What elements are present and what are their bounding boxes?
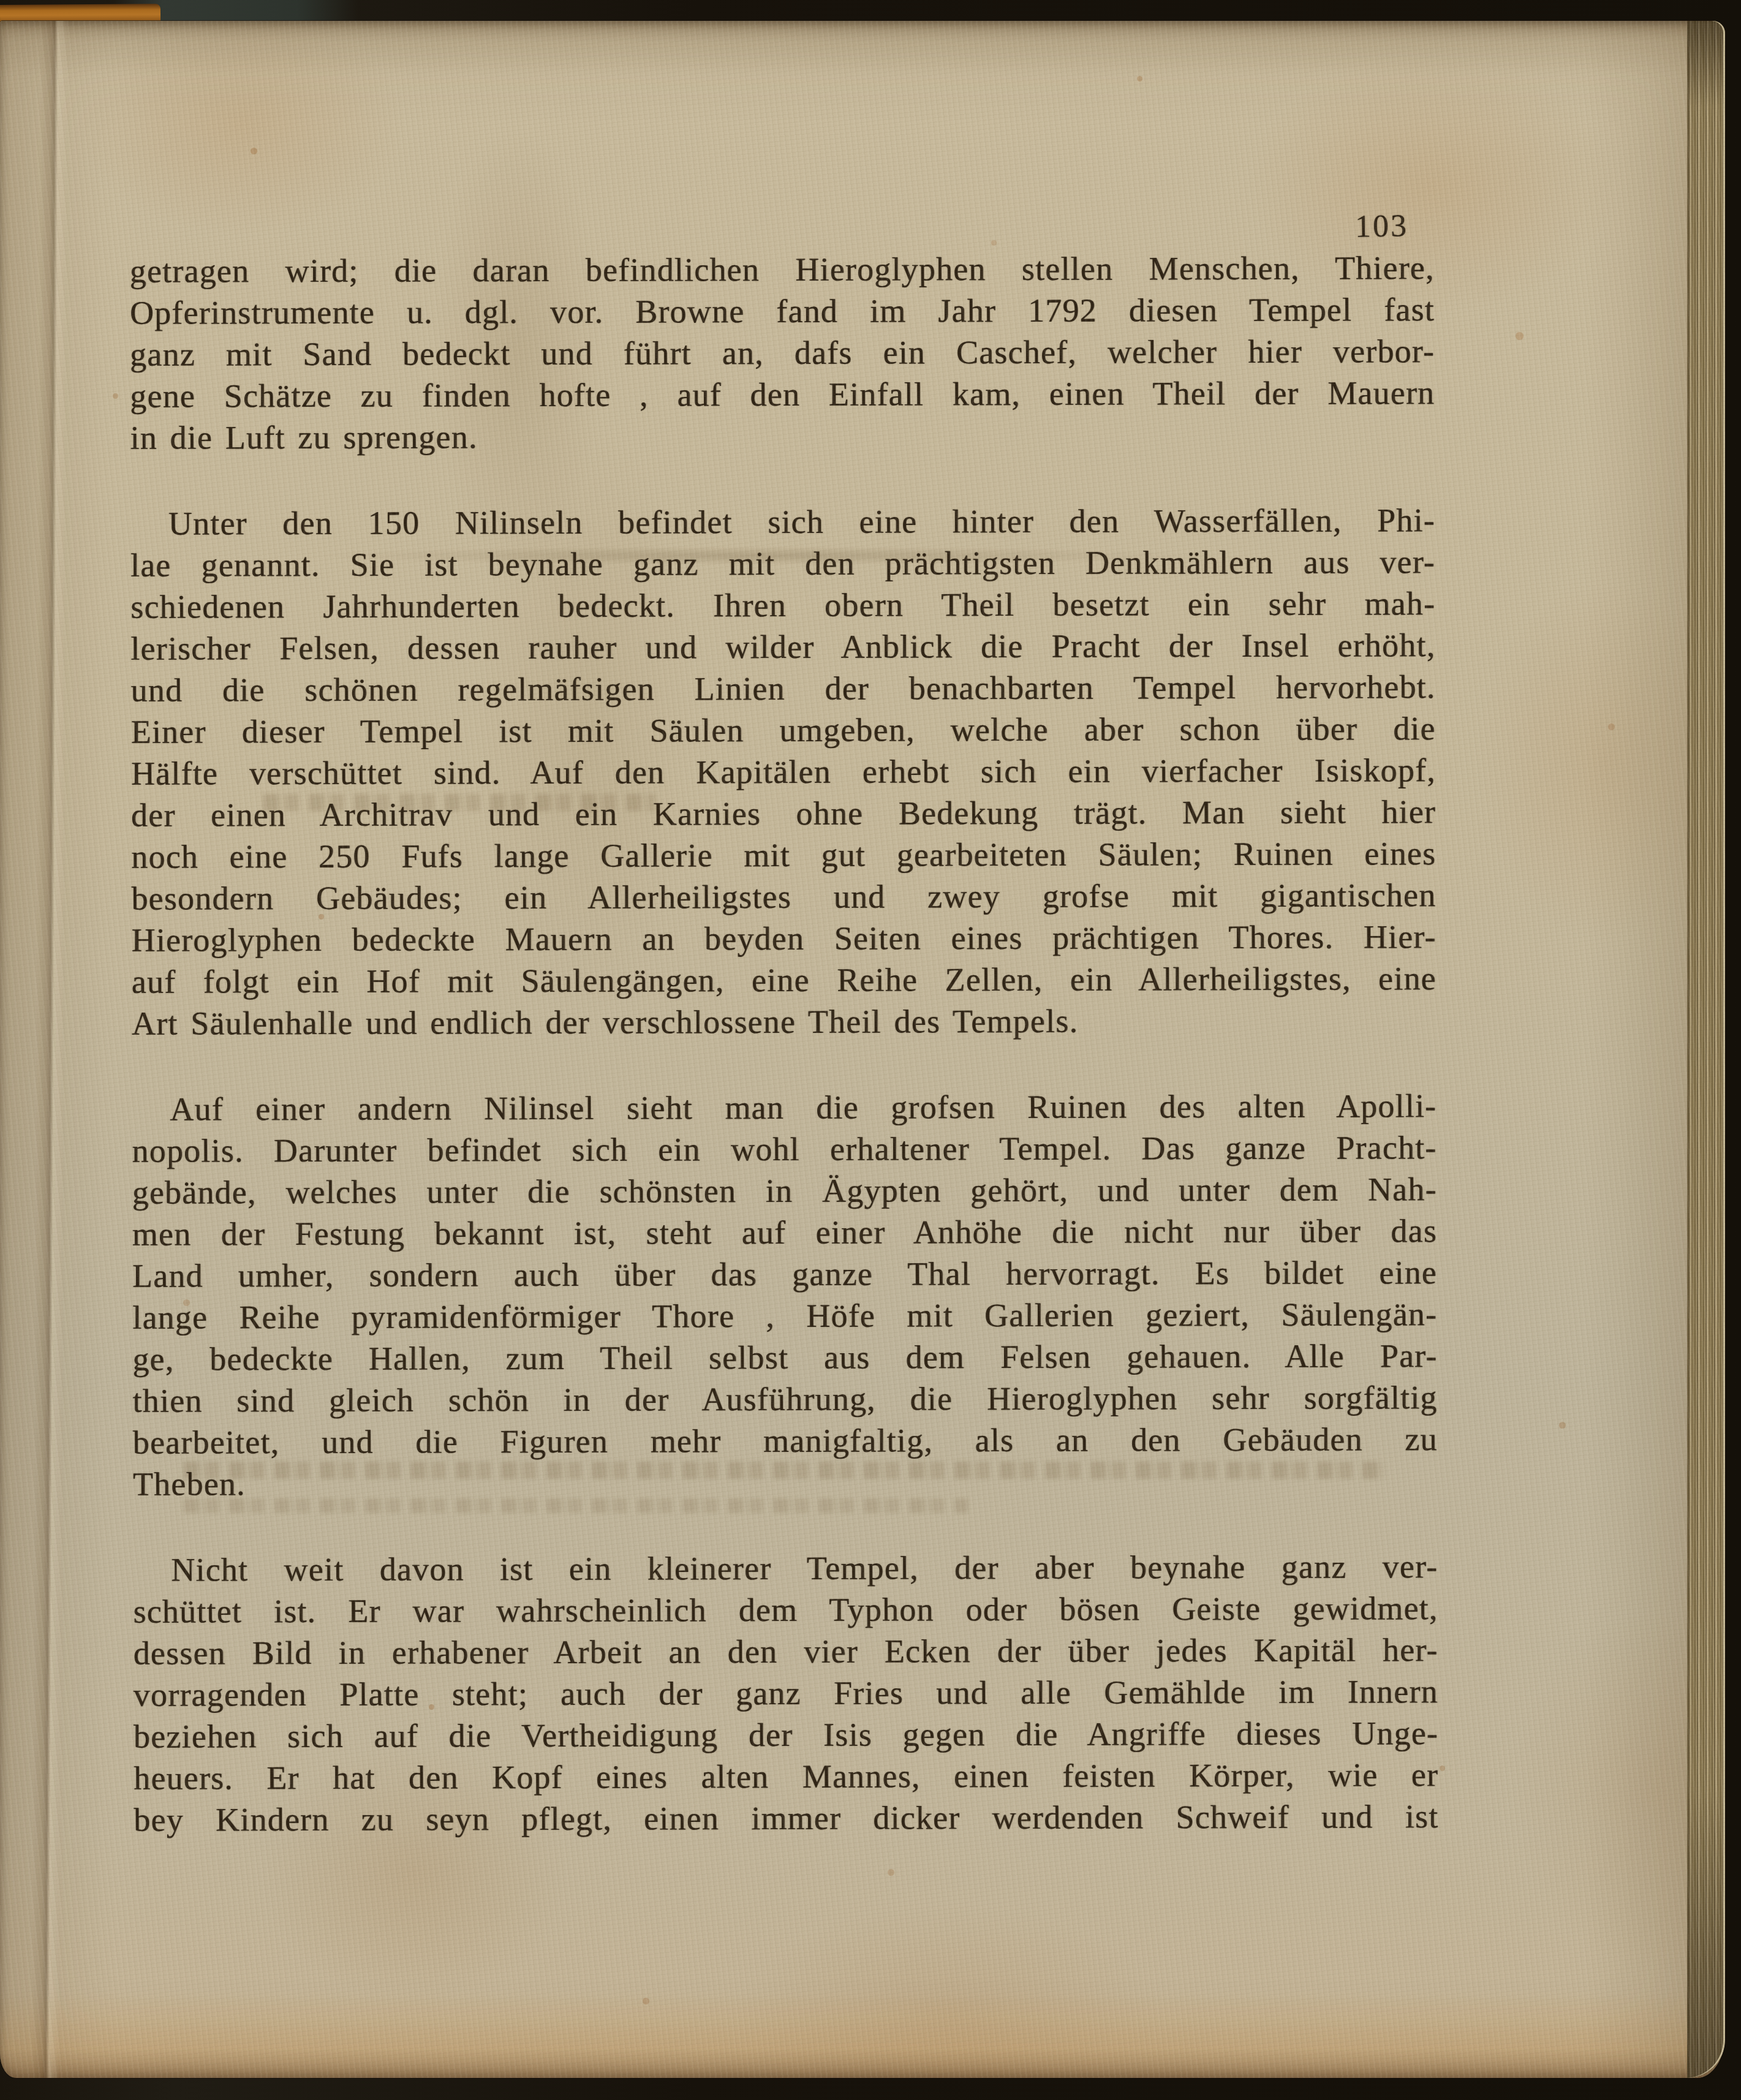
text-line: Einer dieser Tempel ist mit Säulen umgeb… [131, 708, 1436, 753]
page-number: 103 [1354, 208, 1408, 245]
text-line: nopolis. Darunter befindet sich ein wohl… [132, 1127, 1437, 1172]
text-line: bey Kindern zu seyn pflegt, einen immer … [134, 1796, 1438, 1841]
text-line: der einen Architrav und ein Karnies ohne… [131, 791, 1436, 836]
book-page: 103 getragen wird; die daran befindliche… [0, 21, 1725, 2078]
text-line: lerischer Felsen, dessen rauher und wild… [130, 624, 1435, 670]
text-line: vorragenden Platte steht; auch der ganz … [134, 1671, 1438, 1716]
gutter-crease [31, 21, 69, 2078]
foxing-specks [0, 21, 3, 24]
text-line: ge, bedeckte Hallen, zum Theil selbst au… [132, 1335, 1437, 1380]
text-line: lange Reihe pyramidenförmiger Thore , Hö… [132, 1293, 1437, 1339]
page-fore-edges [1687, 21, 1725, 2078]
text-line: Nicht weit davon ist ein kleinerer Tempe… [133, 1546, 1438, 1591]
text-line: bearbeitet, und die Figuren mehr manigfa… [133, 1418, 1438, 1464]
text-line: Opferinstrumente u. dgl. vor. Browne fan… [130, 289, 1435, 334]
text-line: Auf einer andern Nilinsel sieht man die … [132, 1085, 1437, 1130]
text-line: Hälfte verschüttet sind. Auf den Kapitäl… [131, 749, 1436, 795]
text-line: in die Luft zu sprengen. [130, 414, 1435, 459]
text-line: besondern Gebäudes; ein Allerheiligstes … [131, 874, 1436, 920]
text-line: lae genannt. Sie ist beynahe ganz mit de… [130, 541, 1435, 586]
text-line: men der Festung bekannt ist, steht auf e… [132, 1210, 1437, 1255]
text-line: beziehen sich auf die Vertheidigung der … [134, 1712, 1438, 1758]
text-line: gebände, welches unter die schönsten in … [132, 1168, 1437, 1214]
page-text: getragen wird; die daran befindlichen Hi… [130, 247, 1439, 1841]
text-line: thien sind gleich schön in der Ausführun… [132, 1377, 1437, 1422]
text-line: schiedenen Jahrhunderten bedeckt. Ihren … [130, 583, 1435, 628]
paragraph: Unter den 150 Nilinseln befindet sich ei… [130, 499, 1437, 1044]
text-line: Hieroglyphen bedeckte Mauern an beyden S… [131, 916, 1436, 961]
text-line: noch eine 250 Fufs lange Gallerie mit gu… [131, 833, 1436, 878]
text-line: ganz mit Sand bedeckt und führt an, dafs… [130, 330, 1435, 376]
text-line: Theben. [133, 1460, 1438, 1505]
book-scan: 103 getragen wird; die daran befindliche… [0, 0, 1741, 2100]
text-line: Unter den 150 Nilinseln befindet sich ei… [130, 499, 1435, 545]
text-line: gene Schätze zu finden hofte , auf den E… [130, 372, 1435, 417]
text-line: dessen Bild in erhabener Arbeit an den v… [134, 1629, 1438, 1674]
paragraph: getragen wird; die daran befindlichen Hi… [130, 247, 1435, 459]
text-line: und die schönen regelmäfsigen Linien der… [130, 666, 1435, 711]
text-line: heuers. Er hat den Kopf eines alten Mann… [134, 1754, 1438, 1799]
text-line: Land umher, sondern auch über das ganze … [132, 1252, 1437, 1297]
text-line: Art Säulenhalle und endlich der verschlo… [132, 999, 1437, 1044]
text-line: schüttet ist. Er war wahrscheinlich dem … [133, 1587, 1438, 1633]
paragraph: Nicht weit davon ist ein kleinerer Tempe… [133, 1546, 1438, 1841]
text-line: getragen wird; die daran befindlichen Hi… [130, 247, 1435, 292]
paragraph: Auf einer andern Nilinsel sieht man die … [132, 1085, 1438, 1505]
text-line: auf folgt ein Hof mit Säulengängen, eine… [132, 957, 1437, 1003]
